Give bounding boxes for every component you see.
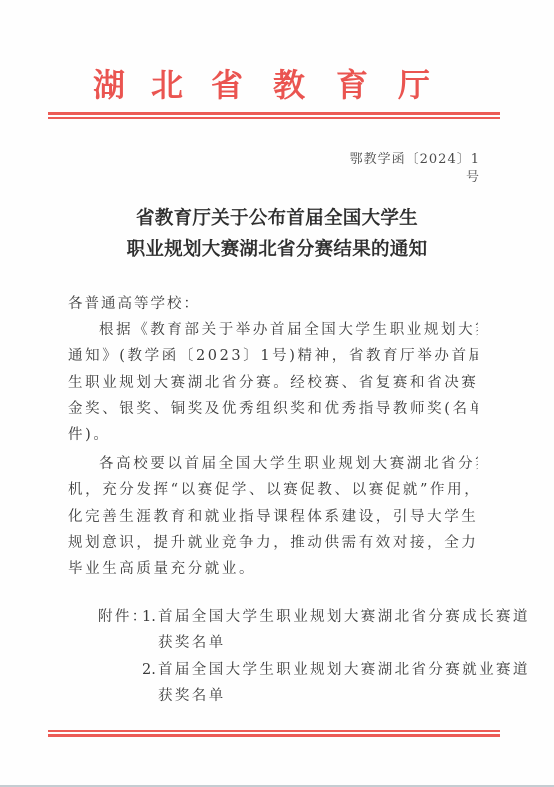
paragraph-line: 机，充分发挥“以赛促学、以赛促教、以赛促就”作用，不断优 bbox=[68, 477, 478, 503]
attachments-list: 附件：1.首届全国大学生职业规划大赛湖北省分赛成长赛道 获奖名单 2.首届全国大… bbox=[98, 604, 530, 709]
masthead-char: 教 bbox=[272, 64, 306, 106]
masthead-char: 省 bbox=[210, 64, 244, 106]
attachment-item-2: 2.首届全国大学生职业规划大赛湖北省分赛就业赛道 bbox=[98, 657, 530, 683]
masthead-char: 育 bbox=[335, 64, 369, 106]
attachment-number: 1. bbox=[142, 604, 158, 630]
document-number: 鄂教学函〔2024〕1号 bbox=[340, 151, 480, 187]
masthead-char: 北 bbox=[150, 64, 184, 106]
paragraph-line: 件)。 bbox=[68, 422, 478, 448]
paragraph-line: 金奖、银奖、铜奖及优秀组织奖和优秀指导教师奖(名单详见附 bbox=[68, 396, 478, 422]
attachment-item-1: 附件：1.首届全国大学生职业规划大赛湖北省分赛成长赛道 bbox=[98, 604, 530, 630]
attachment-title: 首届全国大学生职业规划大赛湖北省分赛成长赛道 bbox=[158, 609, 530, 625]
paragraph-line: 各高校要以首届全国大学生职业规划大赛湖北省分赛为契 bbox=[68, 451, 478, 477]
masthead-char: 湖 bbox=[92, 64, 126, 106]
attachment-item-2-continued: 获奖名单 bbox=[98, 683, 530, 709]
document-title: 省教育厅关于公布首届全国大学生 职业规划大赛湖北省分赛结果的通知 bbox=[0, 203, 554, 265]
paragraph-line: 生职业规划大赛湖北省分赛。经校赛、省复赛和省决赛，评选出 bbox=[68, 370, 478, 396]
title-line-2: 职业规划大赛湖北省分赛结果的通知 bbox=[0, 234, 554, 265]
attachment-item-1-continued: 获奖名单 bbox=[98, 630, 530, 656]
masthead-char: 厅 bbox=[397, 64, 431, 106]
header-red-rule-thin bbox=[48, 117, 500, 119]
footer-red-rule-thin bbox=[48, 730, 500, 732]
footer-red-rule-thick bbox=[48, 734, 500, 737]
header-red-rule-thick bbox=[48, 112, 500, 115]
attachment-title: 首届全国大学生职业规划大赛湖北省分赛就业赛道 bbox=[158, 662, 530, 678]
paragraph-1: 根据《教育部关于举办首届全国大学生职业规划大赛的 通知》(教学函〔2023〕1号… bbox=[68, 317, 478, 448]
attachments-label: 附件： bbox=[98, 604, 142, 630]
document-page: 湖 北 省 教 育 厅 鄂教学函〔2024〕1号 省教育厅关于公布首届全国大学生… bbox=[0, 0, 554, 785]
attachment-number: 2. bbox=[142, 657, 158, 683]
paragraph-2: 各高校要以首届全国大学生职业规划大赛湖北省分赛为契 机，充分发挥“以赛促学、以赛… bbox=[68, 451, 478, 582]
title-line-1: 省教育厅关于公布首届全国大学生 bbox=[0, 203, 554, 234]
salutation: 各普通高等学校： bbox=[68, 294, 200, 314]
paragraph-line: 化完善生涯教育和就业指导课程体系建设，引导大学生增强生涯 bbox=[68, 504, 478, 530]
paragraph-line: 根据《教育部关于举办首届全国大学生职业规划大赛的 bbox=[68, 317, 478, 343]
masthead-title: 湖 北 省 教 育 厅 bbox=[0, 64, 554, 106]
paragraph-line: 规划意识，提升就业竞争力，推动供需有效对接，全力促进高校 bbox=[68, 530, 478, 556]
paragraph-line: 通知》(教学函〔2023〕1号)精神，省教育厅举办首届全国大学 bbox=[68, 343, 478, 369]
paragraph-line: 毕业生高质量充分就业。 bbox=[68, 556, 478, 582]
